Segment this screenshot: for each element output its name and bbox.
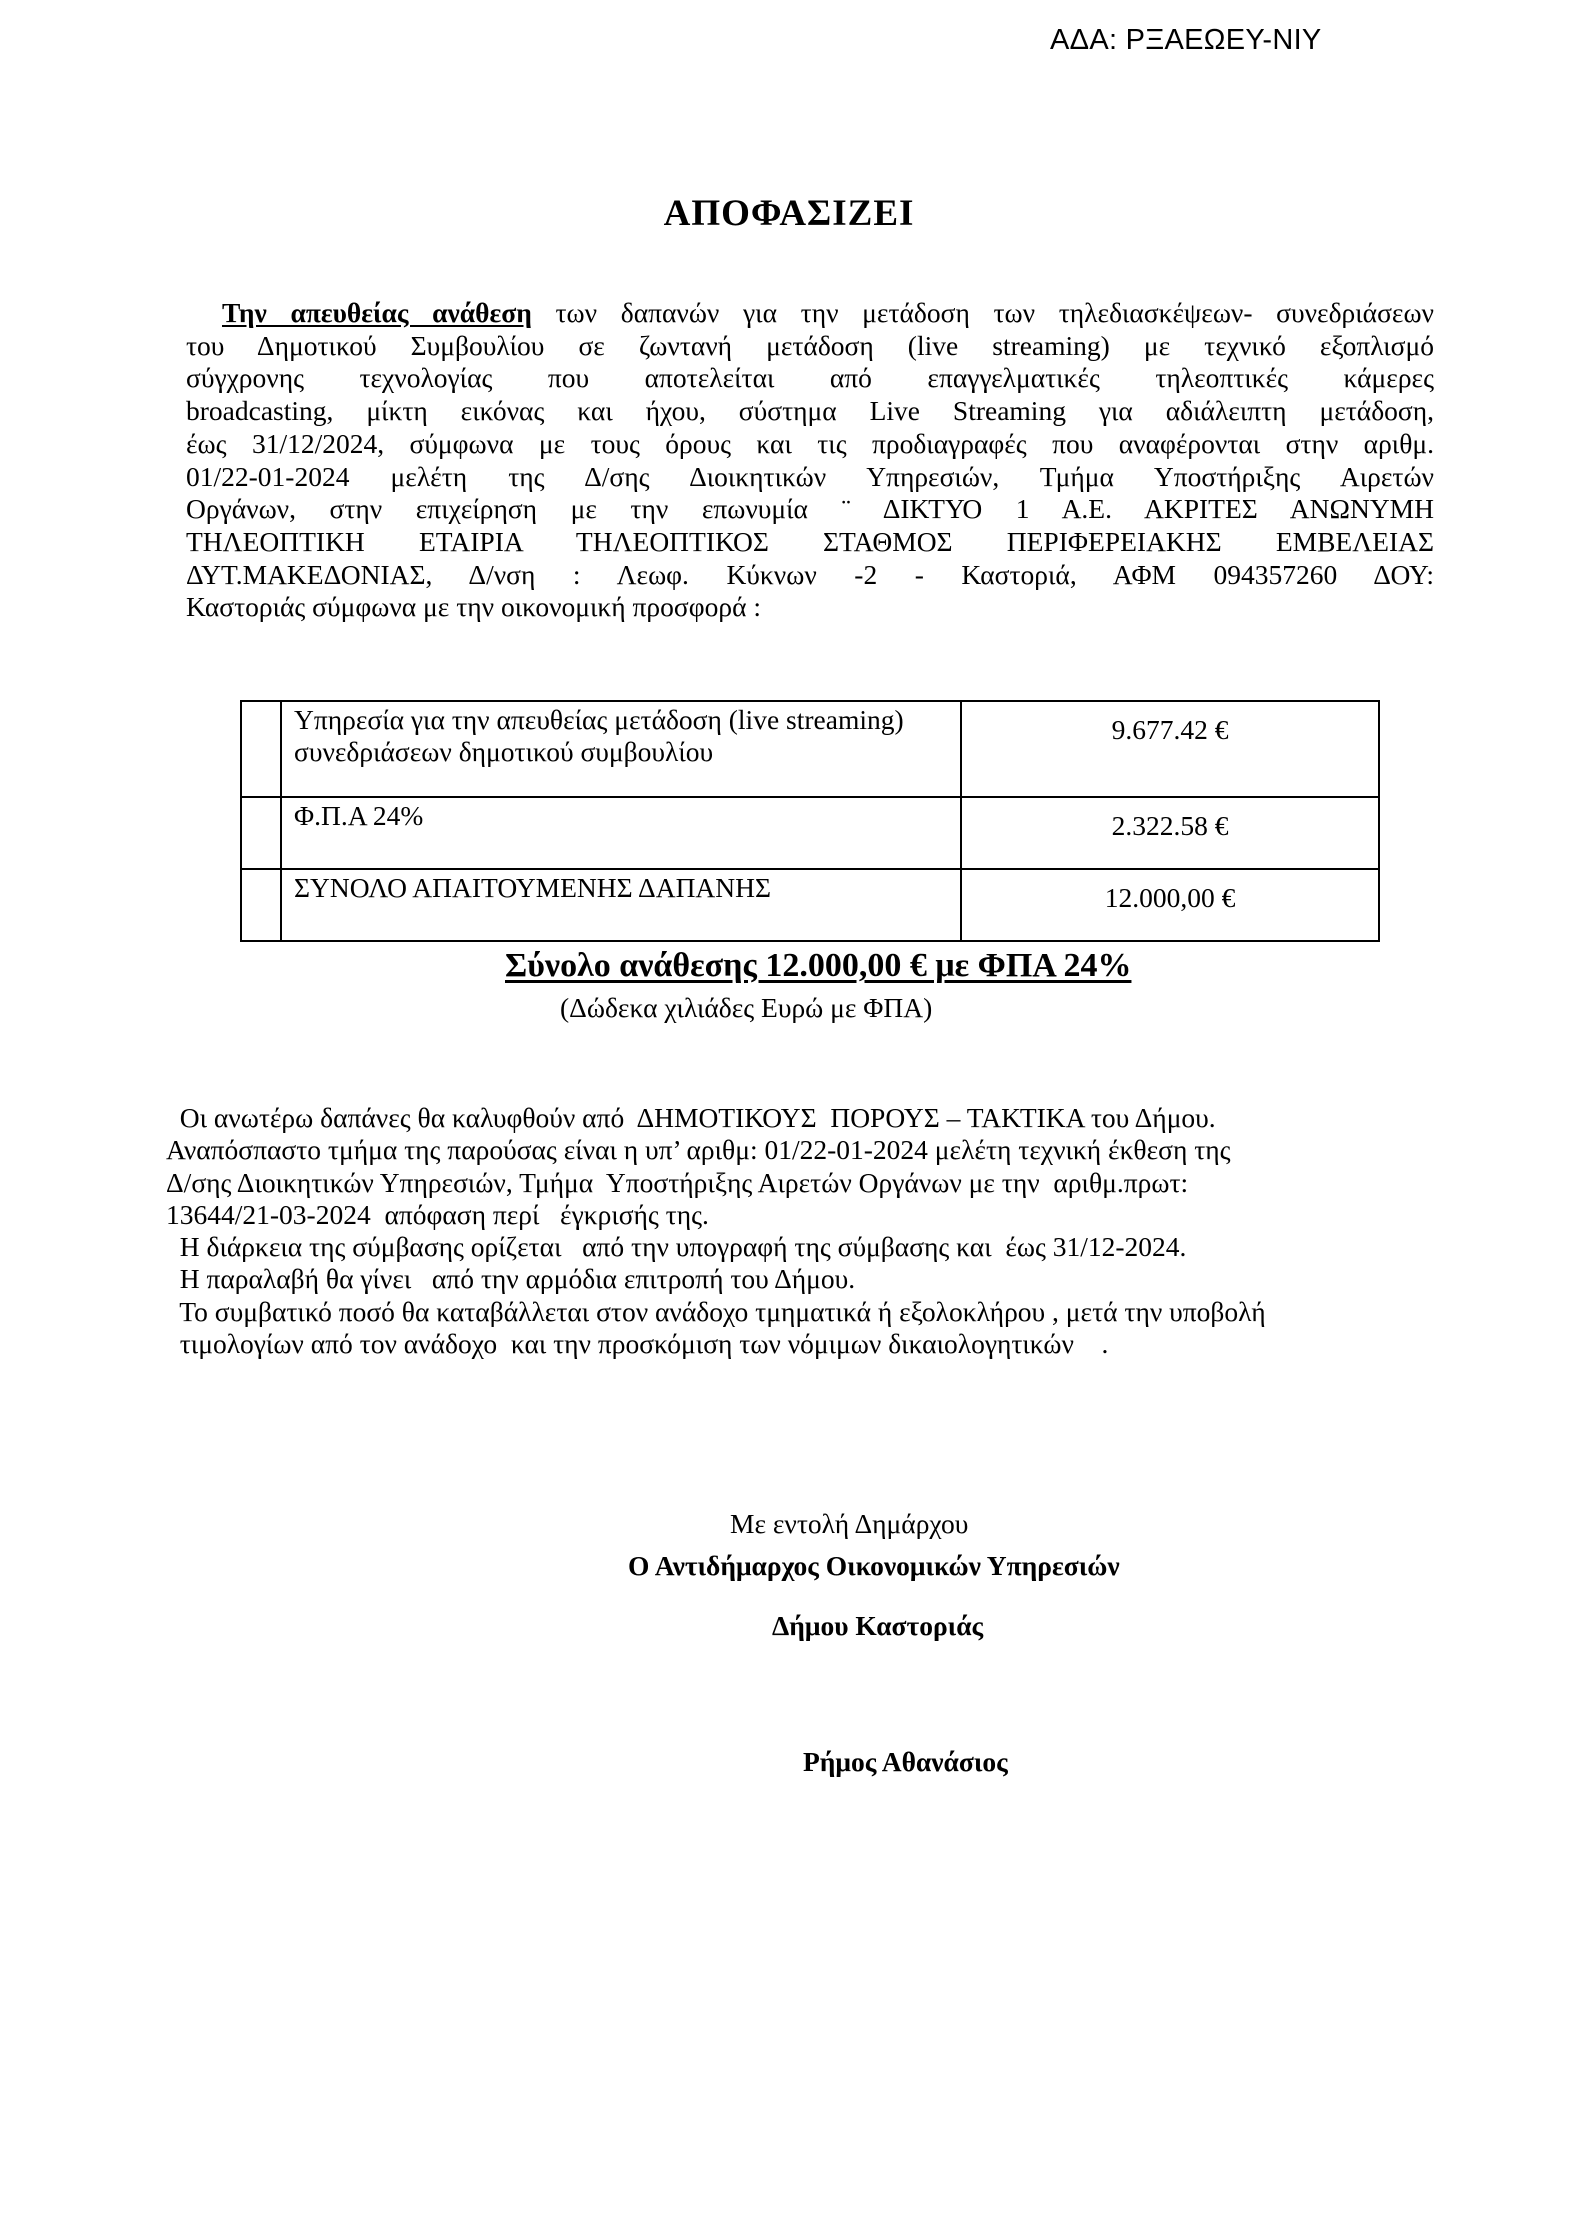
paragraph-line: Καστοριάς σύμφωνα με την οικονομική προσ… <box>186 591 1434 624</box>
signature-municipality: Δήμου Καστοριάς <box>772 1610 983 1642</box>
note-line: Οι ανωτέρω δαπάνες θα καλυφθούν από ΔΗΜΟ… <box>166 1102 1466 1134</box>
amount-cell: 12.000,00 € <box>961 869 1379 941</box>
note-line: τιμολογίων από τον ανάδοχο και την προσκ… <box>166 1328 1466 1360</box>
paragraph-line: σύγχρονης τεχνολογίας που αποτελείται απ… <box>186 362 1434 395</box>
row-index-cell <box>241 701 281 797</box>
note-line: 13644/21-03-2024 απόφαση περί έγκρισής τ… <box>166 1199 1466 1231</box>
table-row: Φ.Π.Α 24% 2.322.58 € <box>241 797 1379 869</box>
paragraph-line: ΤΗΛΕΟΠΤΙΚΗ ΕΤΑΙΡΙΑ ΤΗΛΕΟΠΤΙΚΟΣ ΣΤΑΘΜΟΣ Π… <box>186 526 1434 559</box>
description-cell: Φ.Π.Α 24% <box>281 797 961 869</box>
paragraph-line: 01/22-01-2024 μελέτη της Δ/σης Διοικητικ… <box>186 461 1434 494</box>
decision-paragraph: Την απευθείας ανάθεση των δαπανών για τη… <box>186 297 1434 624</box>
total-headline: Σύνολο ανάθεσης 12.000,00 € με ΦΠΑ 24% <box>505 947 1131 985</box>
paragraph-line: Οργάνων, στην επιχείρηση με την επωνυμία… <box>186 493 1434 526</box>
table-row: Υπηρεσία για την απευθείας μετάδοση (liv… <box>241 701 1379 797</box>
note-line: Το συμβατικό ποσό θα καταβάλλεται στον α… <box>166 1296 1466 1328</box>
amount-cell: 9.677.42 € <box>961 701 1379 797</box>
signatory-name: Ρήμος Αθανάσιος <box>803 1746 1008 1778</box>
ada-code: ΑΔΑ: ΡΞΑΕΩΕΥ-ΝΙΥ <box>1050 24 1322 57</box>
cost-table: Υπηρεσία για την απευθείας μετάδοση (liv… <box>240 700 1380 942</box>
note-line: Η διάρκεια της σύμβασης ορίζεται από την… <box>166 1231 1466 1263</box>
paragraph-line: Την απευθείας ανάθεση των δαπανών για τη… <box>186 297 1434 330</box>
row-index-cell <box>241 869 281 941</box>
note-line: Αναπόσπαστο τμήμα της παρούσας είναι η υ… <box>166 1134 1466 1166</box>
signature-order: Με εντολή Δημάρχου <box>730 1508 968 1540</box>
line-text: των δαπανών για την μετάδοση των τηλεδια… <box>532 297 1434 328</box>
paragraph-line: έως 31/12/2024, σύμφωνα με τους όρους κα… <box>186 428 1434 461</box>
total-in-words: (Δώδεκα χιλιάδες Ευρώ με ΦΠΑ) <box>560 992 932 1024</box>
table-row: ΣΥΝΟΛΟ ΑΠΑΙΤΟΥΜΕΝΗΣ ΔΑΠΑΝΗΣ 12.000,00 € <box>241 869 1379 941</box>
signature-role: Ο Αντιδήμαρχος Οικονομικών Υπηρεσιών <box>628 1550 1120 1582</box>
lead-phrase: Την απευθείας ανάθεση <box>222 297 532 328</box>
description-cell: Υπηρεσία για την απευθείας μετάδοση (liv… <box>281 701 961 797</box>
paragraph-line: broadcasting, μίκτη εικόνας και ήχου, σύ… <box>186 395 1434 428</box>
paragraph-line: ΔΥΤ.ΜΑΚΕΔΟΝΙΑΣ, Δ/νση : Λεωφ. Κύκνων -2 … <box>186 559 1434 592</box>
page-title: ΑΠΟΦΑΣΙΖΕΙ <box>0 192 1578 235</box>
note-line: Δ/σης Διοικητικών Υπηρεσιών, Τμήμα Υποστ… <box>166 1167 1466 1199</box>
row-index-cell <box>241 797 281 869</box>
amount-cell: 2.322.58 € <box>961 797 1379 869</box>
notes-section: Οι ανωτέρω δαπάνες θα καλυφθούν από ΔΗΜΟ… <box>166 1102 1466 1360</box>
description-cell: ΣΥΝΟΛΟ ΑΠΑΙΤΟΥΜΕΝΗΣ ΔΑΠΑΝΗΣ <box>281 869 961 941</box>
paragraph-line: του Δημοτικού Συμβουλίου σε ζωντανή μετά… <box>186 330 1434 363</box>
note-line: Η παραλαβή θα γίνει από την αρμόδια επιτ… <box>166 1263 1466 1295</box>
